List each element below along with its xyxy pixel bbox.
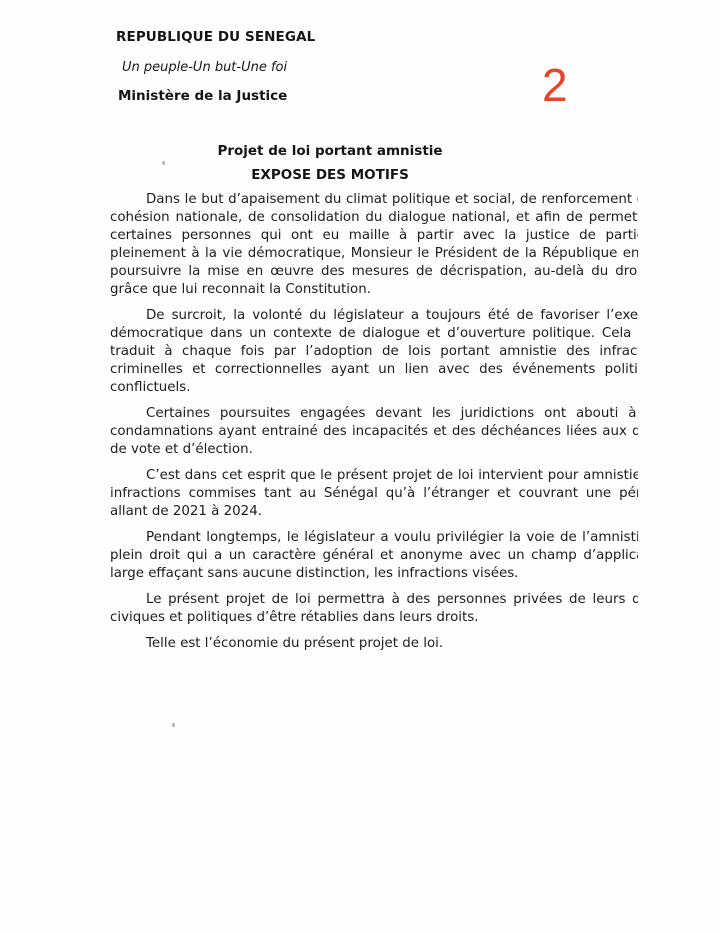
document-title: Projet de loi portant amnistie xyxy=(0,143,638,159)
ministry-heading: Ministère de la Justice xyxy=(118,88,287,104)
scan-speck xyxy=(162,161,165,165)
paragraph: Certaines poursuites engagées devant les… xyxy=(110,405,638,459)
section-heading: EXPOSE DES MOTIFS xyxy=(0,167,638,183)
page-number-marker: 2 xyxy=(542,62,568,108)
paragraph: De surcroit, la volonté du législateur a… xyxy=(110,307,638,397)
scan-speck xyxy=(172,723,175,727)
paragraph: Pendant longtemps, le législateur a voul… xyxy=(110,529,638,583)
paragraph: C’est dans cet esprit que le présent pro… xyxy=(110,467,638,521)
closing-paragraph: Telle est l’économie du présent projet d… xyxy=(110,635,638,653)
paragraph: Dans le but d’apaisement du climat polit… xyxy=(110,191,638,299)
page-content: REPUBLIQUE DU SENEGAL Un peuple-Un but-U… xyxy=(0,0,638,933)
document-body: Dans le but d’apaisement du climat polit… xyxy=(110,191,638,661)
country-heading: REPUBLIQUE DU SENEGAL xyxy=(116,29,315,45)
national-motto: Un peuple-Un but-Une foi xyxy=(122,60,287,75)
document-page: REPUBLIQUE DU SENEGAL Un peuple-Un but-U… xyxy=(0,0,720,933)
paragraph: Le présent projet de loi permettra à des… xyxy=(110,591,638,627)
